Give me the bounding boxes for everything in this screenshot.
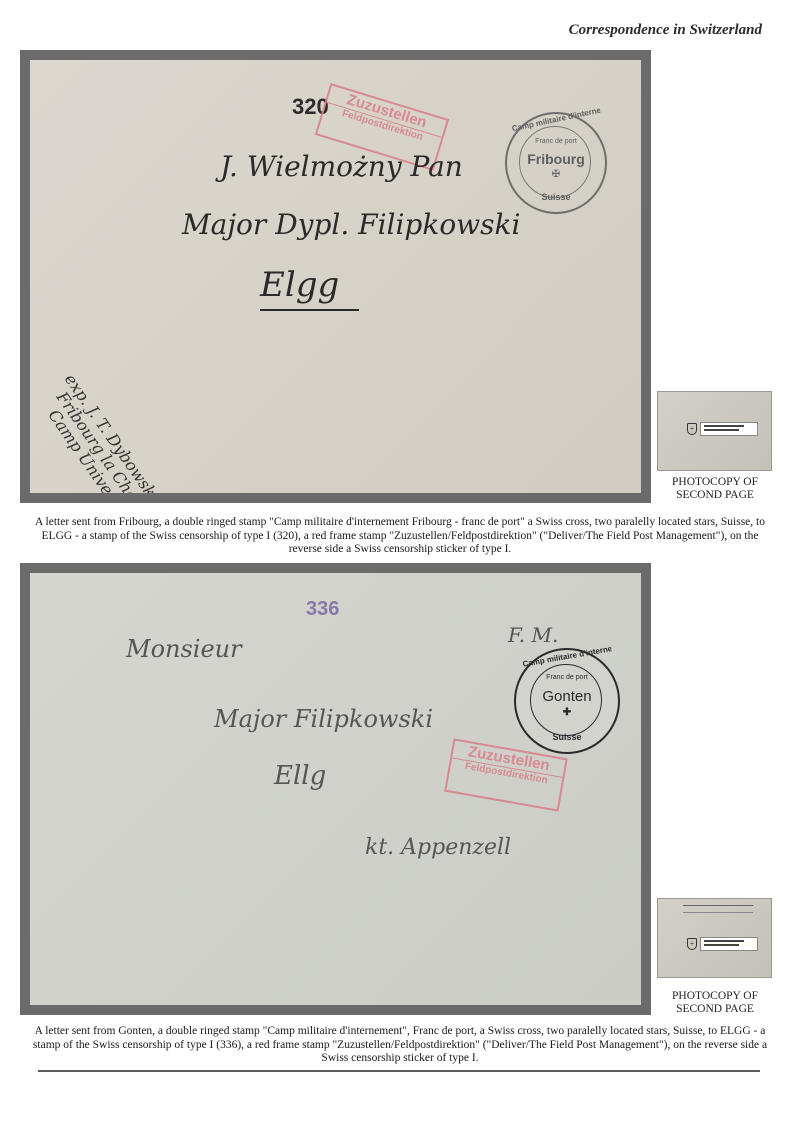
thumbnail-caption-line2: SECOND PAGE	[650, 1003, 780, 1016]
sender-note: exp. J. T. Dybowski Fribourg la Chassott…	[30, 380, 112, 493]
round-postmark-gonten: Camp militaire d'internement Franc de po…	[514, 648, 620, 754]
thumbnail-caption-line2: SECOND PAGE	[650, 489, 780, 502]
address-line-3: Ellg	[274, 761, 326, 791]
swiss-cross-icon: ✚	[516, 707, 618, 718]
censorship-sticker: +	[700, 937, 758, 951]
envelope-image-fribourg: 320 Zuzustellen Feldpostdirektion Camp m…	[30, 60, 641, 493]
address-line-1: Monsieur	[126, 635, 242, 663]
envelope-frame-1: 320 Zuzustellen Feldpostdirektion Camp m…	[20, 50, 651, 503]
address-line-3: Elgg	[260, 265, 359, 311]
stamp-inner-top: Franc de port	[516, 674, 618, 681]
swiss-cross-icon: ✠	[507, 169, 605, 180]
address-line-4: kt. Appenzell	[365, 835, 511, 860]
bottom-divider	[38, 1070, 760, 1072]
handwritten-note	[683, 905, 753, 913]
thumbnail-caption-1: PHOTOCOPY OF SECOND PAGE	[650, 476, 780, 502]
censor-number: 336	[306, 598, 339, 621]
stamp-inner-top: Franc de port	[507, 138, 605, 145]
letter-caption-1: A letter sent from Fribourg, a double ri…	[30, 516, 770, 557]
swiss-shield-icon: +	[687, 423, 697, 435]
letter-caption-2: A letter sent from Gonten, a double ring…	[30, 1025, 770, 1066]
stamp-bottom: Suisse	[516, 732, 618, 742]
thumbnail-caption-line1: PHOTOCOPY OF	[650, 476, 780, 489]
stamp-bottom: Suisse	[507, 192, 605, 202]
swiss-shield-icon: +	[687, 938, 697, 950]
address-line-1: J. Wielmożny Pan	[220, 150, 463, 183]
reverse-side-thumbnail-1: +	[657, 391, 772, 471]
address-line-2: Major Dypl. Filipkowski	[182, 208, 520, 241]
envelope-frame-2: 336 F. M. Camp militaire d'internement F…	[20, 563, 651, 1015]
franchise-mark: F. M.	[508, 623, 558, 647]
round-postmark-fribourg: Camp militaire d'internement Franc de po…	[505, 112, 607, 214]
envelope-image-gonten: 336 F. M. Camp militaire d'internement F…	[30, 573, 641, 1005]
thumbnail-caption-line1: PHOTOCOPY OF	[650, 990, 780, 1003]
stamp-place: Gonten	[516, 688, 618, 705]
reverse-side-thumbnail-2: +	[657, 898, 772, 978]
censorship-sticker: +	[700, 422, 758, 436]
address-line-2: Major Filipkowski	[214, 705, 433, 733]
stamp-place: Fribourg	[507, 151, 605, 167]
page-title: Correspondence in Switzerland	[569, 22, 762, 39]
thumbnail-caption-2: PHOTOCOPY OF SECOND PAGE	[650, 990, 780, 1016]
